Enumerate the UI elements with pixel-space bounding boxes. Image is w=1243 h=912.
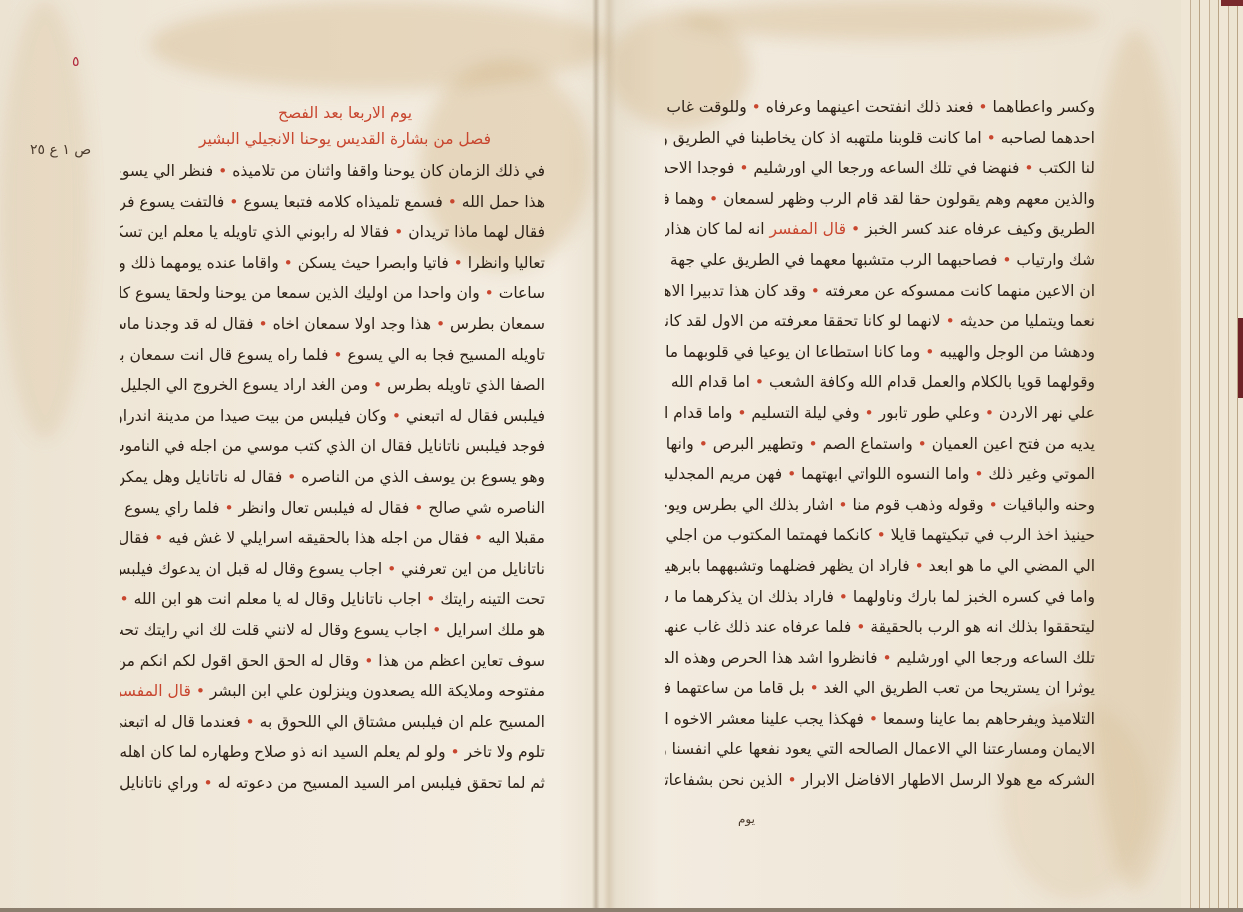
text-line: الصفا الذي تاويله بطرس • ومن الغد اراد ي… <box>120 370 545 401</box>
rubric-dot: • <box>229 193 238 211</box>
text-line: وهو يسوع بن يوسف الذي من الناصره • فقال … <box>120 462 545 493</box>
rubric-dot: • <box>978 98 987 116</box>
text-line: هو ملك اسرايل • اجاب يسوع وقال له لانني … <box>120 615 545 646</box>
rubric-phrase: قال المفسر <box>770 220 847 238</box>
rubric-dot: • <box>204 774 213 792</box>
text-line: مفتوحه وملايكة الله يصعدون وينزلون علي ا… <box>120 676 545 707</box>
rubric-dot: • <box>869 710 878 728</box>
text-line: وحنه والباقيات • وقوله وذهب قوم منا • اش… <box>665 490 1095 521</box>
text-line: فيلبس فقال له اتبعني • وكان فيلبس من بيت… <box>120 401 545 432</box>
rubric-dot: • <box>432 621 441 639</box>
rubric-dot: • <box>373 376 382 394</box>
text-line: الايمان ومسارعتنا الي الاعمال الصالحه ال… <box>665 734 1095 765</box>
folio-number: ٥ <box>72 54 80 70</box>
text-line: يوثرا ان يستريحا من تعب الطريق الي الغد … <box>665 673 1095 704</box>
rubric-dot: • <box>454 254 463 272</box>
text-line: في ذلك الزمان كان يوحنا واقفا واثنان من … <box>120 156 545 187</box>
text-line: التلاميذ ويفرحاهم بما عاينا وسمعا • فهكذ… <box>665 704 1095 735</box>
rubric-dot: • <box>259 315 268 333</box>
rubric-dot: • <box>739 159 748 177</box>
gutter-fold <box>592 0 600 912</box>
binding-red-side <box>1238 318 1243 398</box>
rubric-dot: • <box>809 435 818 453</box>
text-line: سمعان بطرس • هذا وجد اولا سمعان اخاه • ف… <box>120 309 545 340</box>
rubric-dot: • <box>838 496 847 514</box>
rubric-dot: • <box>224 499 233 517</box>
rubric-dot: • <box>709 190 718 208</box>
rubric-dot: • <box>196 682 205 700</box>
rubric-dot: • <box>865 404 874 422</box>
text-line: علي نهر الاردن • وعلي طور تابور • وفي لي… <box>665 398 1095 429</box>
water-stain <box>680 0 1100 40</box>
text-line: الناصره شي صالح • فقال له فيلبس تعال وان… <box>120 493 545 524</box>
text-line: تلك الساعه ورجعا الي اورشليم • فانظروا ا… <box>665 643 1095 674</box>
text-line: هذا حمل الله • فسمع تلميذاه كلامه فتبعا … <box>120 187 545 218</box>
text-line: الشركه مع هولا الرسل الاطهار الافاضل الا… <box>665 765 1095 796</box>
binding-red-top <box>1221 0 1243 6</box>
rubric-dot: • <box>154 529 163 547</box>
text-line: الموتي وغير ذلك • واما النسوه اللواتي اب… <box>665 459 1095 490</box>
text-line: فقال لهما ماذا تريدان • فقالا له رابوني … <box>120 217 545 248</box>
rubric-dot: • <box>246 713 255 731</box>
heading-gospel: فصل من بشارة القديس يوحنا الانجيلي البشي… <box>180 130 510 148</box>
rubric-dot: • <box>485 284 494 302</box>
rubric-dot: • <box>392 407 401 425</box>
text-line: تاويله المسيح فجا به الي يسوع • فلما راه… <box>120 340 545 371</box>
rubric-dot: • <box>974 465 983 483</box>
text-line: ان الاعين منهما كانت ممسوكه عن معرفته • … <box>665 276 1095 307</box>
left-page-text: في ذلك الزمان كان يوحنا واقفا واثنان من … <box>120 156 545 798</box>
rubric-dot: • <box>287 468 296 486</box>
heading-day: يوم الاربعا بعد الفصح <box>250 104 440 122</box>
rubric-dot: • <box>787 465 796 483</box>
rubric-dot: • <box>414 499 423 517</box>
text-line: يديه من فتح اعين العميان • واستماع الصم … <box>665 429 1095 460</box>
rubric-dot: • <box>448 193 457 211</box>
rubric-dot: • <box>839 588 848 606</box>
rubric-dot: • <box>120 590 129 608</box>
rubric-dot: • <box>755 373 764 391</box>
rubric-dot: • <box>436 315 445 333</box>
rubric-dot: • <box>1024 159 1033 177</box>
rubric-dot: • <box>918 435 927 453</box>
text-line: فوجد فيلبس ناتانايل فقال ان الذي كتب موس… <box>120 431 545 462</box>
rubric-dot: • <box>987 129 996 147</box>
rubric-dot: • <box>284 254 293 272</box>
rubric-dot: • <box>752 98 761 116</box>
rubric-dot: • <box>394 223 403 241</box>
text-line: ساعات • وان واحدا من اوليك الذين سمعا من… <box>120 278 545 309</box>
rubric-dot: • <box>474 529 483 547</box>
text-line: الي المضي الي ما هو ابعد • فاراد ان يظهر… <box>665 551 1095 582</box>
rubric-dot: • <box>788 771 797 789</box>
rubric-dot: • <box>946 312 955 330</box>
rubric-dot: • <box>737 404 746 422</box>
text-line: مقبلا اليه • فقال من اجله هذا بالحقيقه ا… <box>120 523 545 554</box>
catchword: يوم <box>738 812 755 826</box>
rubric-dot: • <box>426 590 435 608</box>
text-line: والذين معهم وهم يقولون حقا لقد قام الرب … <box>665 184 1095 215</box>
text-line: وقولهما قويا بالكلام والعمل قدام الله وك… <box>665 367 1095 398</box>
rubric-dot: • <box>877 526 886 544</box>
text-line: تلوم ولا تاخر • ولو لم يعلم السيد انه ذو… <box>120 737 545 768</box>
text-line: لنا الكتب • فنهضا في تلك الساعه ورجعا ال… <box>665 153 1095 184</box>
rubric-dot: • <box>451 743 460 761</box>
text-line: الطريق وكيف عرفاه عند كسر الخبز • قال ال… <box>665 214 1095 245</box>
text-line: ثم لما تحقق فيلبس امر السيد المسيح من دع… <box>120 768 545 799</box>
text-line: تحت التينه رايتك • اجاب ناتانايل وقال له… <box>120 584 545 615</box>
rubric-dot: • <box>1002 251 1011 269</box>
rubric-dot: • <box>364 652 373 670</box>
text-line: واما في كسره الخبز لما بارك وناولهما • ف… <box>665 582 1095 613</box>
right-page-text: وكسر واعطاهما • فعند ذلك انفتحت اعينهما … <box>665 92 1095 796</box>
rubric-dot: • <box>218 162 227 180</box>
rubric-dot: • <box>810 679 819 697</box>
bottom-shadow <box>0 908 1243 912</box>
text-line: المسيح علم ان فيلبس مشتاق الي اللحوق به … <box>120 707 545 738</box>
text-line: حينيذ اخذ الرب في تبكيتهما قايلا • كانكم… <box>665 520 1095 551</box>
text-line: وكسر واعطاهما • فعند ذلك انفتحت اعينهما … <box>665 92 1095 123</box>
rubric-dot: • <box>989 496 998 514</box>
text-line: سوف تعاين اعظم من هذا • وقال له الحق الح… <box>120 646 545 677</box>
text-line: ناتانايل من اين تعرفني • اجاب يسوع وقال … <box>120 554 545 585</box>
rubric-dot: • <box>915 557 924 575</box>
text-line: شك وارتياب • فصاحبهما الرب متشبها معهما … <box>665 245 1095 276</box>
text-line: ودهشا من الوجل والهيبه • وما كانا استطاع… <box>665 337 1095 368</box>
rubric-dot: • <box>811 282 820 300</box>
rubric-dot: • <box>851 220 860 238</box>
rubric-dot: • <box>387 560 396 578</box>
rubric-dot: • <box>333 346 342 364</box>
page-edges <box>1181 0 1243 912</box>
rubric-dot: • <box>985 404 994 422</box>
rubric-dot: • <box>882 649 891 667</box>
text-line: احدهما لصاحبه • اما كانت قلوبنا ملتهبه ا… <box>665 123 1095 154</box>
rubric-dot: • <box>699 435 708 453</box>
rubric-phrase: قال المفسر <box>120 682 191 700</box>
text-line: نعما ويتمليا من حديثه • لانهما لو كانا ت… <box>665 306 1095 337</box>
rubric-dot: • <box>925 343 934 361</box>
rubric-dot: • <box>856 618 865 636</box>
text-line: ليتحققوا بذلك انه هو الرب بالحقيقة • فلم… <box>665 612 1095 643</box>
text-line: تعاليا وانظرا • فاتيا وابصرا حيث يسكن • … <box>120 248 545 279</box>
margin-note: ص ١ ع ٢٥ <box>30 142 91 158</box>
